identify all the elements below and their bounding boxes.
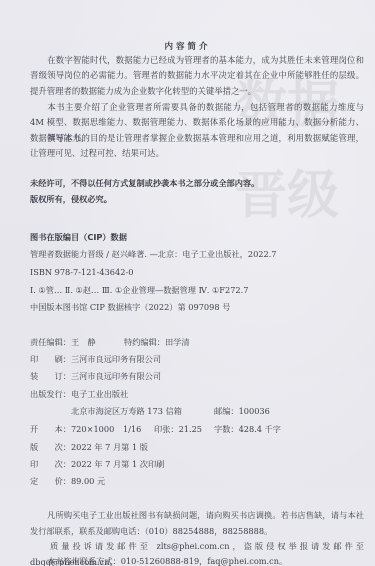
printing-value: 三河市良远印务有限公司	[71, 354, 161, 364]
printing-label: 印 刷：	[30, 354, 71, 364]
summary-paragraph-1-text: 在数字智能时代，数据能力已经成为管理者的基本能力，成为其胜任未来管理岗位和晋级领…	[30, 55, 364, 96]
publisher-value: 电子工业出版社	[71, 389, 128, 399]
format-row: 开 本：720×1000	[30, 423, 114, 435]
cip-line-isbn: ISBN 978-7-121-43642-0	[30, 266, 133, 278]
publisher-label: 出版发行：	[30, 389, 71, 399]
format-fraction: 1/16	[123, 423, 141, 435]
binding-value: 三河市良远印务有限公司	[71, 371, 161, 381]
binding-row: 装 订：三河市良远印务有限公司	[30, 370, 161, 382]
summary-paragraph-3-text: 撰写本书的目的是让管理者掌握企业数据基本管理和应用之道，利用数据赋能管理，让管理…	[30, 133, 364, 158]
copyright-notice-line-2: 版权所有，侵权必究。	[30, 193, 112, 205]
summary-paragraph-3: 撰写本书的目的是让管理者掌握企业数据基本管理和应用之道，利用数据赋能管理，让管理…	[30, 131, 364, 162]
cip-line-cip-number: 中国版本图书馆 CIP 数据核字（2022）第 097098 号	[30, 301, 230, 313]
postcode-label: 邮编：	[214, 406, 239, 416]
edition-value: 2022 年 7 月第 1 版	[71, 442, 148, 452]
price-row: 定 价：89.00 元	[30, 475, 105, 487]
sheets-value: 21.25	[179, 424, 202, 434]
edition-label: 版 次：	[30, 442, 71, 452]
price-label: 定 价：	[30, 476, 71, 486]
footer-paragraph-3-text: 本书咨询联系方式：010-51260888-819，faq@phei.com.c…	[47, 556, 287, 566]
words-value: 428.4 千字	[239, 424, 281, 434]
cip-line-title: 管理者数据能力晋级 / 赵兴峰著. —北京：电子工业出版社，2022.7	[30, 248, 277, 260]
address-value: 北京市海淀区万寿路 173 信箱	[71, 405, 182, 417]
footer-paragraph-1-text: 凡所购买电子工业出版社图书有缺损问题，请向购买书店调换。若书店售缺，请与本社发行…	[30, 510, 364, 536]
copyright-page: 数据 晋级 内容简介 在数字智能时代，数据能力已经成为管理者的基本能力，成为其胜…	[0, 0, 375, 566]
edition-row: 版 次：2022 年 7 月第 1 版	[30, 441, 148, 453]
sheets-label: 印张：	[154, 424, 179, 434]
format-value: 720×1000	[71, 424, 114, 434]
special-editor-row: 特约编辑：田学清	[124, 336, 190, 348]
cip-heading: 图书在版编目（CIP）数据	[30, 231, 127, 243]
printing-row: 印 刷：三河市良远印务有限公司	[30, 353, 161, 365]
words-label: 字数：	[214, 424, 239, 434]
sheets-row: 印张：21.25	[154, 423, 202, 435]
special-editor-value: 田学清	[165, 337, 190, 347]
special-editor-label: 特约编辑：	[124, 337, 165, 347]
summary-title: 内容简介	[0, 41, 375, 53]
impression-label: 印 次：	[30, 459, 71, 469]
publisher-row: 出版发行：电子工业出版社	[30, 388, 128, 400]
postcode-value: 100036	[239, 406, 270, 416]
impression-value: 2022 年 7 月第 1 次印刷	[71, 459, 164, 469]
price-value: 89.00 元	[71, 476, 105, 486]
responsible-editor-row: 责任编辑：王 静	[30, 336, 96, 348]
footer-paragraph-3: 本书咨询联系方式：010-51260888-819，faq@phei.com.c…	[30, 554, 364, 566]
responsible-editor-label: 责任编辑：	[30, 337, 71, 347]
responsible-editor-value: 王 静	[71, 337, 96, 347]
format-label: 开 本：	[30, 424, 71, 434]
binding-label: 装 订：	[30, 371, 71, 381]
copyright-notice-line-1: 未经许可，不得以任何方式复制或抄袭本书之部分或全部内容。	[30, 177, 259, 189]
cip-line-classification: Ⅰ. ①管… Ⅱ. ①赵… Ⅲ. ①企业管理—数据管理 Ⅳ. ①F272.7	[30, 284, 248, 296]
postcode-row: 邮编：100036	[214, 405, 270, 417]
impression-row: 印 次：2022 年 7 月第 1 次印刷	[30, 458, 164, 470]
summary-paragraph-1: 在数字智能时代，数据能力已经成为管理者的基本能力，成为其胜任未来管理岗位和晋级领…	[30, 53, 364, 99]
footer-paragraph-1: 凡所购买电子工业出版社图书有缺损问题，请向购买书店调换。若书店售缺，请与本社发行…	[30, 508, 364, 539]
words-row: 字数：428.4 千字	[214, 423, 281, 435]
